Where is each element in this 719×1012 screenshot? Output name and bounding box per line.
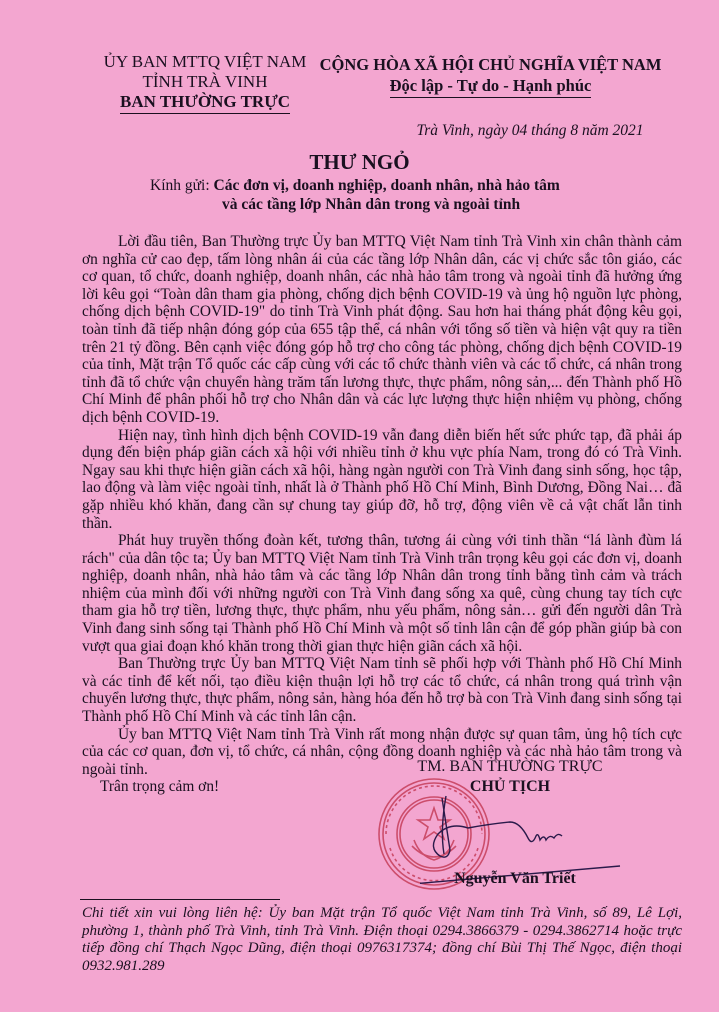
on-behalf-label: TM. BAN THƯỜNG TRỰC [390, 757, 630, 777]
national-header: CỘNG HÒA XÃ HỘI CHỦ NGHĨA VIỆT NAM Độc l… [318, 54, 663, 98]
agency-line-1: ỦY BAN MTTQ VIỆT NAM [100, 52, 310, 72]
signer-role: CHỦ TỊCH [390, 777, 630, 797]
agency-line-3: BAN THƯỜNG TRỰC [120, 92, 290, 114]
letter-title: THƯ NGỎ [0, 150, 719, 175]
contact-footnote: Chi tiết xin vui lòng liên hệ: Ủy ban Mặ… [82, 905, 682, 976]
agency-line-2: TỈNH TRÀ VINH [100, 72, 310, 92]
footer-divider [80, 899, 280, 900]
issuing-agency: ỦY BAN MTTQ VIỆT NAM TỈNH TRÀ VINH BAN T… [100, 52, 310, 114]
body-paragraph: Ban Thường trực Ủy ban MTTQ Việt Nam tỉn… [82, 655, 682, 725]
signer-name: Nguyễn Văn Triết [440, 870, 590, 888]
letter-page: ỦY BAN MTTQ VIỆT NAM TỈNH TRÀ VINH BAN T… [0, 0, 719, 1012]
letter-body: Lời đầu tiên, Ban Thường trực Ủy ban MTT… [82, 233, 682, 796]
recipients-label: Kính gửi: [150, 177, 214, 194]
recipients: Kính gửi: Các đơn vị, doanh nghiệp, doan… [150, 176, 630, 214]
recipients-line-2: và các tầng lớp Nhân dân trong và ngoài … [150, 195, 630, 214]
body-paragraph: Hiện nay, tình hình dịch bệnh COVID-19 v… [82, 427, 682, 533]
body-paragraph: Phát huy truyền thống đoàn kết, tương th… [82, 532, 682, 655]
body-paragraph: Lời đầu tiên, Ban Thường trực Ủy ban MTT… [82, 233, 682, 427]
letter-date: Trà Vinh, ngày 04 tháng 8 năm 2021 [380, 122, 680, 140]
signature-block: TM. BAN THƯỜNG TRỰC CHỦ TỊCH [390, 757, 630, 797]
nation-name: CỘNG HÒA XÃ HỘI CHỦ NGHĨA VIỆT NAM [318, 54, 663, 75]
recipients-line-1: Các đơn vị, doanh nghiệp, doanh nhân, nh… [214, 177, 560, 194]
national-motto: Độc lập - Tự do - Hạnh phúc [390, 75, 592, 98]
